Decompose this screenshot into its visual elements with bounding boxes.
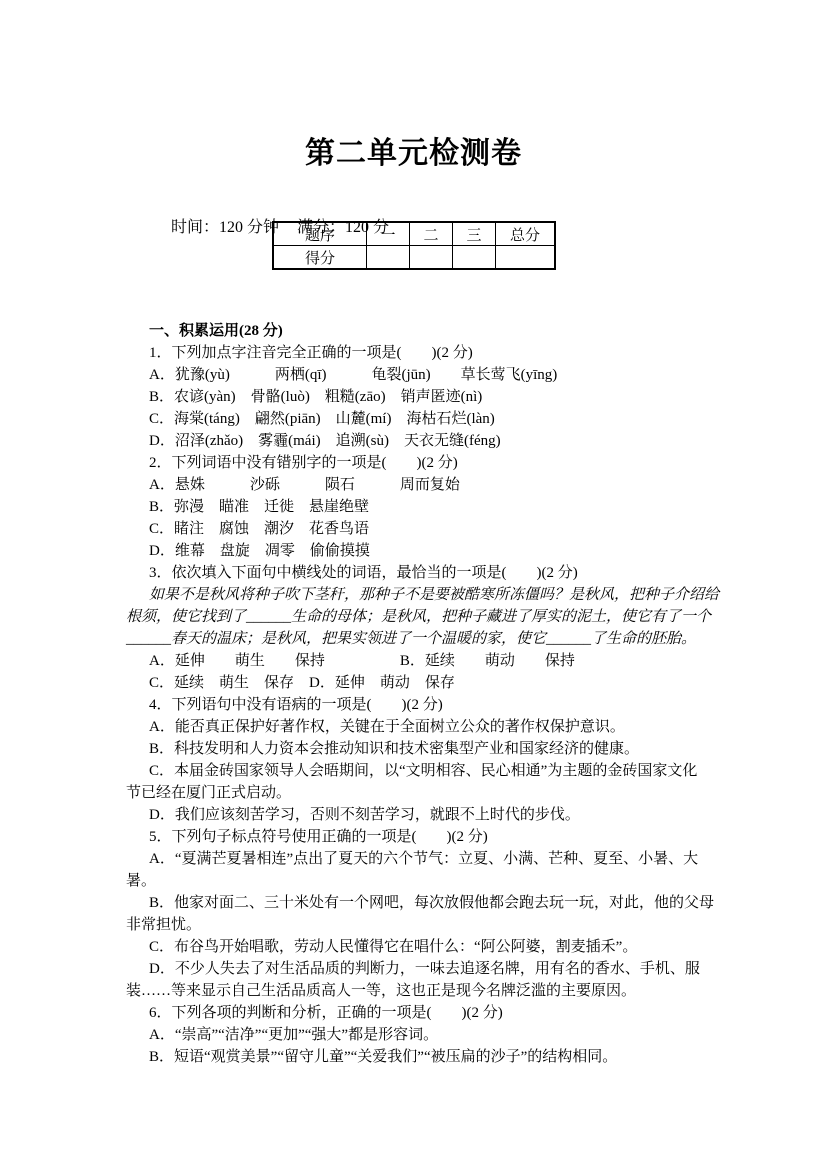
option-line: D．我们应该刻苦学习，否则不刻苦学习，就跟不上时代的步伐。 (126, 804, 700, 826)
continuation-line: 暑。 (126, 870, 700, 892)
continuation-line: 装……等来显示自己生活品质高人一等，这也正是现今名牌泛滥的主要原因。 (126, 980, 700, 1002)
score-cell (367, 246, 410, 270)
score-table-header-section-2: 二 (410, 222, 453, 246)
option-line: A．“夏满芒夏暑相连”点出了夏天的六个节气：立夏、小满、芒种、夏至、小暑、大 (126, 848, 700, 870)
passage-line: 如果不是秋风将种子吹下茎秆，那种子不是要被酷寒所冻僵吗？是秋风，把种子介绍给 (126, 584, 700, 606)
option-line: C．睹注 腐蚀 潮汐 花香鸟语 (126, 518, 700, 540)
option-line: A．犹豫(yù) 两栖(qī) 龟裂(jūn) 草长莺飞(yīng) (126, 364, 700, 386)
option-line: D．沼泽(zhǎo) 雾霾(mái) 追溯(sù) 天衣无缝(féng) (126, 430, 700, 452)
option-line: C．延续 萌生 保存 D．延伸 萌动 保存 (126, 672, 700, 694)
option-line: B．科技发明和人力资本会推动知识和技术密集型产业和国家经济的健康。 (126, 738, 700, 760)
continuation-line: 节已经在厦门正式启动。 (126, 782, 700, 804)
option-line: A．延伸 萌生 保持 B．延续 萌动 保持 (126, 650, 700, 672)
question-stem: 4．下列语句中没有语病的一项是( )(2 分) (126, 694, 700, 716)
score-table-score-row: 得分 (273, 246, 555, 270)
question-stem: 2．下列词语中没有错别字的一项是( )(2 分) (126, 452, 700, 474)
score-table-header-question-order: 题序 (273, 222, 367, 246)
score-table-header-section-1: 一 (367, 222, 410, 246)
question-stem: 3．依次填入下面句中横线处的词语，最恰当的一项是( )(2 分) (126, 562, 700, 584)
option-line: A．悬姝 沙砾 陨石 周而复始 (126, 474, 700, 496)
section-heading: 一、积累运用(28 分) (126, 320, 700, 342)
option-line: C．海棠(táng) 翩然(piān) 山麓(mí) 海枯石烂(làn) (126, 408, 700, 430)
option-line: D．不少人失去了对生活品质的判断力，一味去追逐名牌，用有名的香水、手机、服 (126, 958, 700, 980)
continuation-line: 非常担忧。 (126, 914, 700, 936)
score-cell (453, 246, 496, 270)
score-table-header-section-3: 三 (453, 222, 496, 246)
exam-paper-page: 第二单元检测卷 时间：120 分钟满分：120 分 题序 一 二 三 总分 得分… (0, 0, 827, 1169)
question-stem: 6．下列各项的判断和分析，正确的一项是( )(2 分) (126, 1002, 700, 1024)
option-line: B．农谚(yàn) 骨骼(luò) 粗糙(zāo) 销声匿迹(nì) (126, 386, 700, 408)
page-title: 第二单元检测卷 (0, 128, 827, 172)
question-stem: 5．下列句子标点符号使用正确的一项是( )(2 分) (126, 826, 700, 848)
question-area: 一、积累运用(28 分)1．下列加点字注音完全正确的一项是( )(2 分)A．犹… (126, 320, 700, 1068)
passage-line: ______春天的温床；是秋风，把果实领进了一个温暖的家，使它______了生命… (126, 628, 700, 650)
option-line: D．维幕 盘旋 凋零 偷偷摸摸 (126, 540, 700, 562)
score-cell (496, 246, 556, 270)
score-table: 题序 一 二 三 总分 得分 (272, 221, 556, 270)
option-line: A．能否真正保护好著作权，关键在于全面树立公众的著作权保护意识。 (126, 716, 700, 738)
score-table-header-row: 题序 一 二 三 总分 (273, 222, 555, 246)
option-line: B．短语“观赏美景”“留守儿童”“关爱我们”“被压扁的沙子”的结构相同。 (126, 1046, 700, 1068)
option-line: B．他家对面二、三十米处有一个网吧，每次放假他都会跑去玩一玩，对此，他的父母 (126, 892, 700, 914)
question-stem: 1．下列加点字注音完全正确的一项是( )(2 分) (126, 342, 700, 364)
score-table-header-total: 总分 (496, 222, 556, 246)
option-line: A．“崇高”“洁净”“更加”“强大”都是形容词。 (126, 1024, 700, 1046)
option-line: C．本届金砖国家领导人会晤期间，以“文明相容、民心相通”为主题的金砖国家文化 (126, 760, 700, 782)
option-line: B．弥漫 瞄准 迁徙 悬崖绝壁 (126, 496, 700, 518)
passage-line: 根须，使它找到了______生命的母体；是秋风，把种子藏进了厚实的泥土，使它有了… (126, 606, 700, 628)
score-row-label: 得分 (273, 246, 367, 270)
exam-time-label: 时间：120 分钟 (171, 219, 279, 236)
option-line: C．布谷鸟开始唱歌，劳动人民懂得它在唱什么：“阿公阿婆，割麦插禾”。 (126, 936, 700, 958)
score-cell (410, 246, 453, 270)
